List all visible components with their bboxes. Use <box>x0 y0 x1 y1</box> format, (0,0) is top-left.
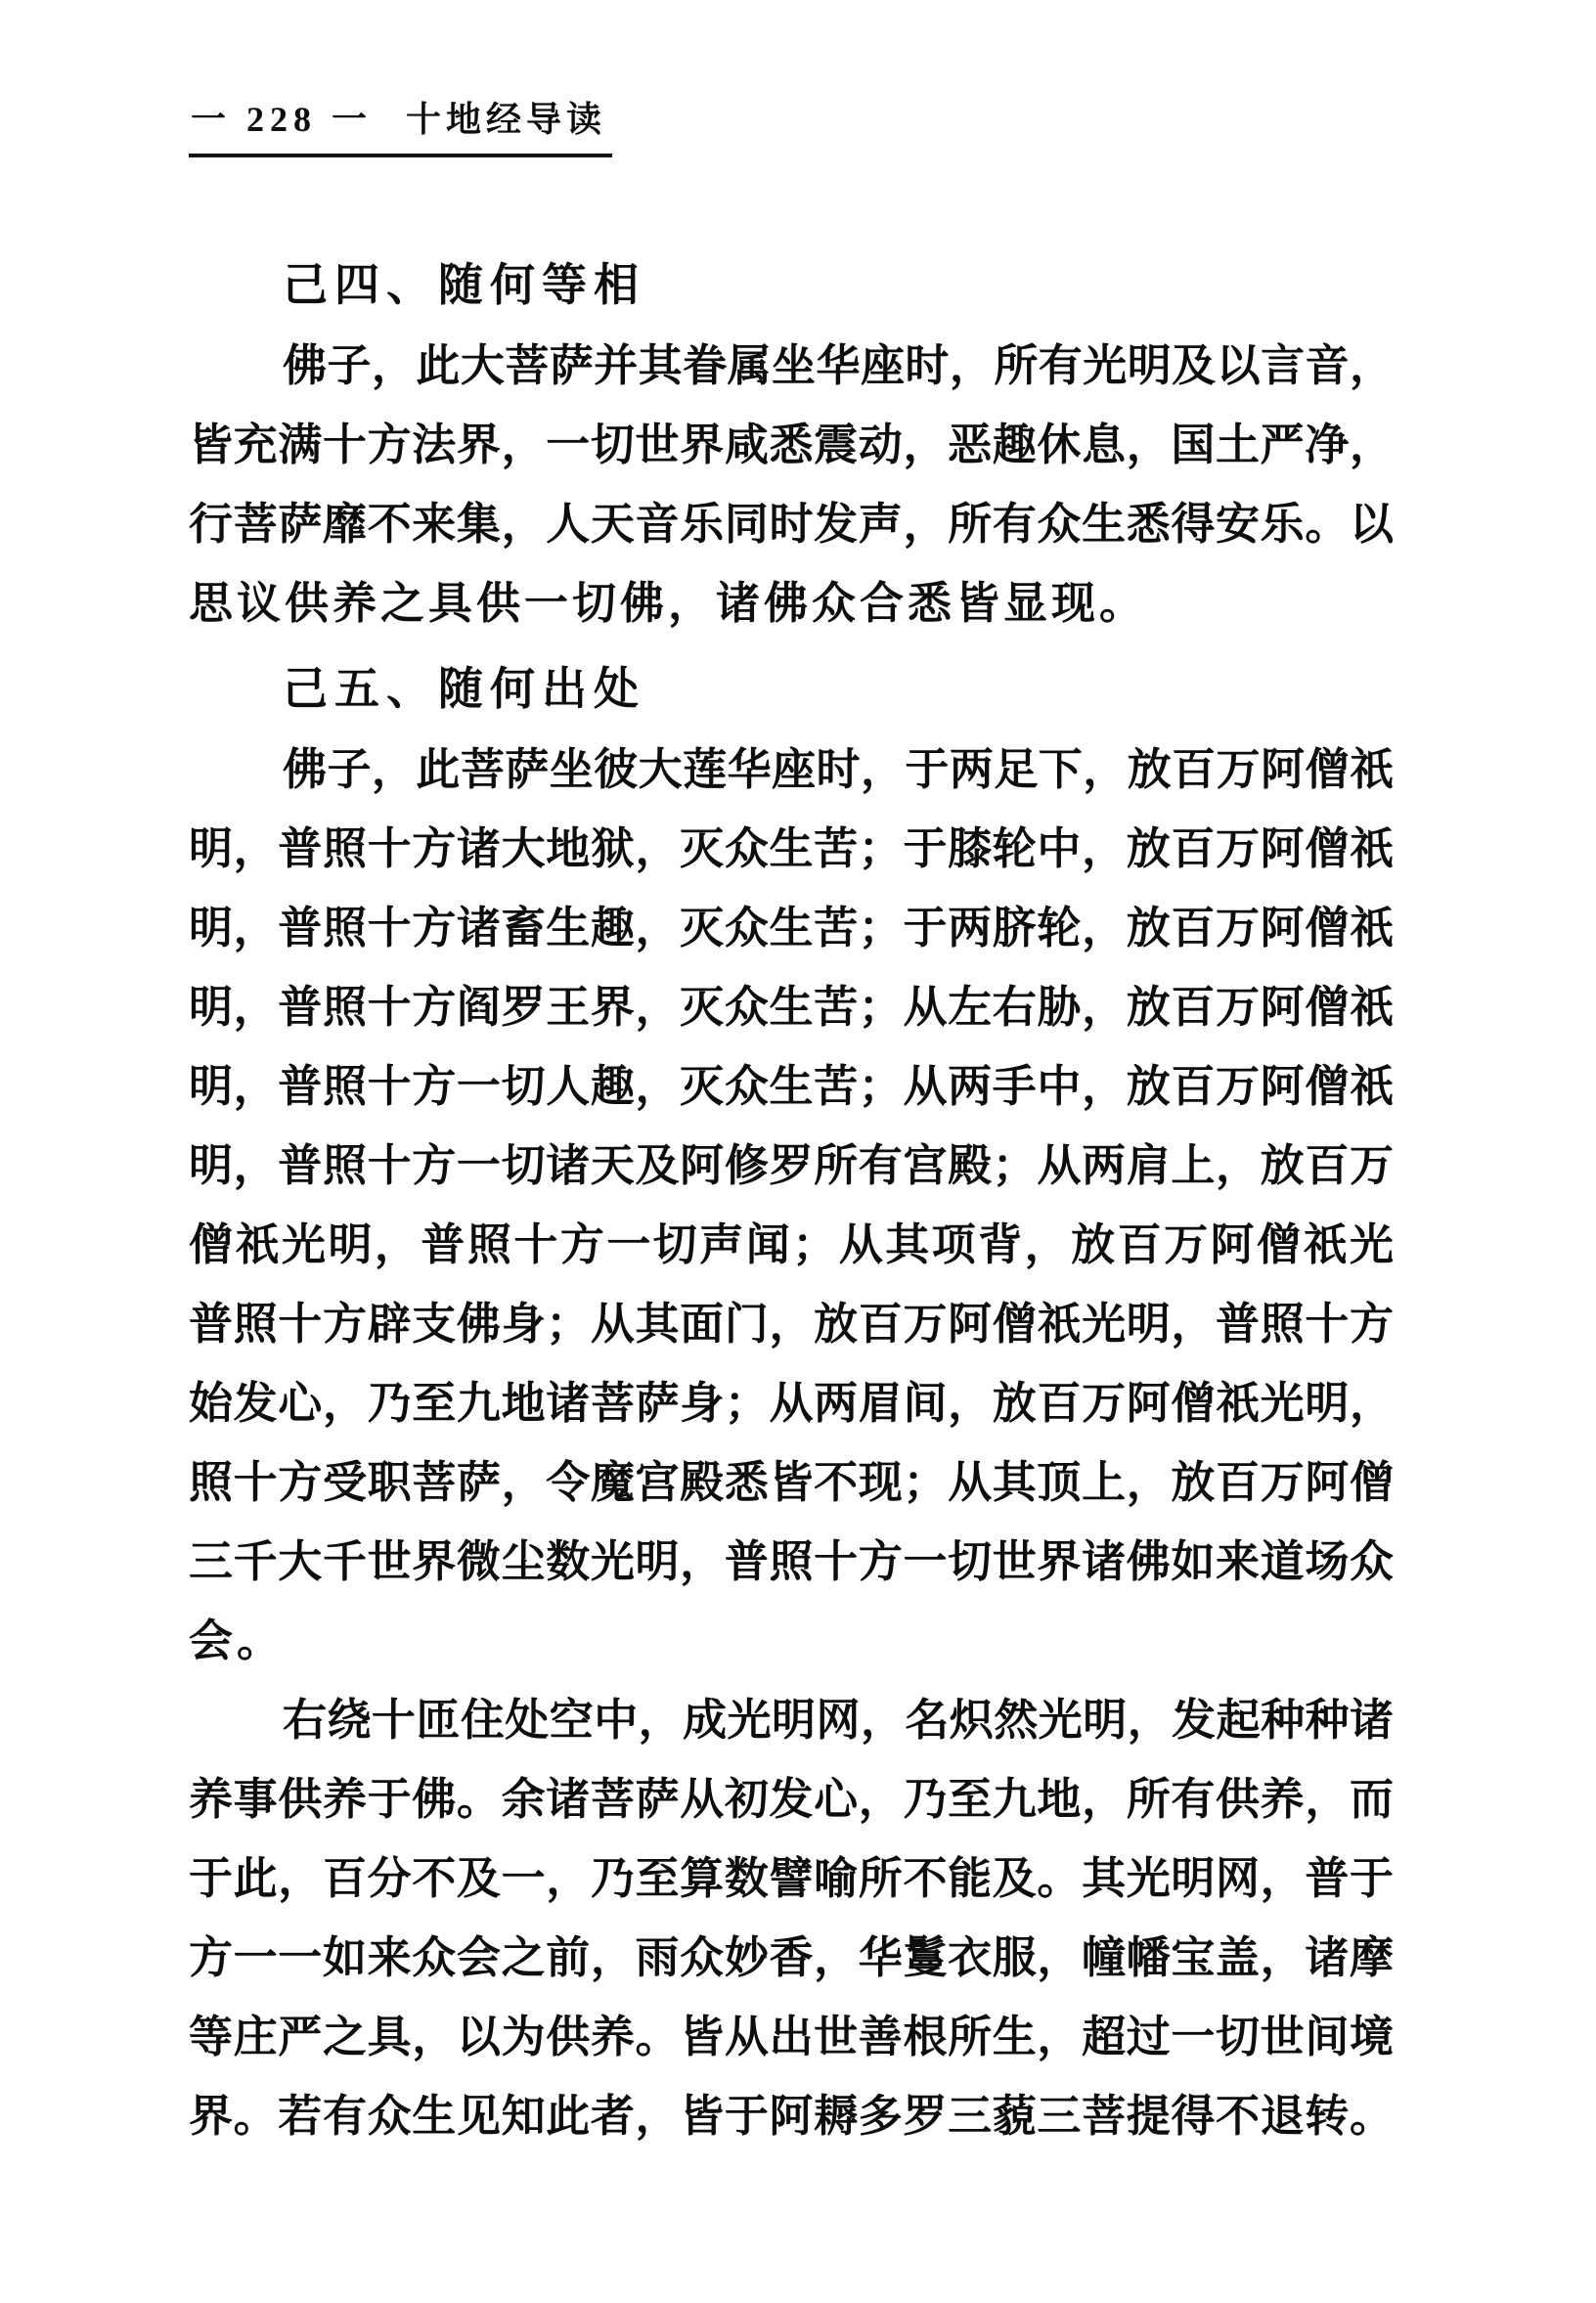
text-line: 等庄严之具，以为供养。皆从出世善根所生，超过一切世间境 <box>189 1997 1394 2076</box>
page-number: 一 228 一 <box>191 100 373 139</box>
text-line: 方一一如来众会之前，雨众妙香，华鬘衣服，幢幡宝盖，诸摩尼 <box>189 1918 1394 1997</box>
text-line: 始发心，乃至九地诸菩萨身；从两眉间，放百万阿僧祇光明，普 <box>189 1363 1394 1442</box>
text-line: 佛子，此大菩萨并其眷属坐华座时，所有光明及以言音，普 <box>189 326 1394 405</box>
text-line: 右绕十匝住处空中，成光明网，名炽然光明，发起种种诸供 <box>189 1680 1394 1759</box>
paragraph: 佛子，此大菩萨并其眷属坐华座时，所有光明及以言音，普皆充满十方法界，一切世界咸悉… <box>189 326 1394 642</box>
paragraph: 右绕十匝住处空中，成光明网，名炽然光明，发起种种诸供养事供养于佛。余诸菩萨从初发… <box>189 1680 1394 2155</box>
text-line: 普照十方辟支佛身；从其面门，放百万阿僧祇光明，普照十方初 <box>189 1284 1394 1363</box>
book-page: 一 228 一十地经导读 己四、随何等相佛子，此大菩萨并其眷属坐华座时，所有光明… <box>0 0 1596 2303</box>
text-line: 皆充满十方法界，一切世界咸悉震动，恶趣休息，国土严净，同 <box>189 405 1394 484</box>
book-title: 十地经导读 <box>406 99 606 139</box>
page-header: 一 228 一十地经导读 <box>189 92 612 157</box>
text-line: 明，普照十方诸大地狱，灭众生苦；于膝轮中，放百万阿僧祇光 <box>189 809 1394 888</box>
text-line: 养事供养于佛。余诸菩萨从初发心，乃至九地，所有供养，而比 <box>189 1759 1394 1838</box>
text-line: 界。若有众生见知此者，皆于阿耨多罗三藐三菩提得不退转。佛 <box>189 2076 1394 2155</box>
text-line: 三千大千世界微尘数光明，普照十方一切世界诸佛如来道场众 <box>189 1522 1394 1601</box>
text-line: 明，普照十方一切诸天及阿修罗所有宫殿；从两肩上，放百万阿 <box>189 1126 1394 1205</box>
text-line: 明，普照十方诸畜生趣，灭众生苦；于两脐轮，放百万阿僧祇光 <box>189 888 1394 967</box>
section-heading: 己五、随何出处 <box>189 648 1394 730</box>
text-line: 僧祇光明，普照十方一切声闻；从其项背，放百万阿僧祇光明， <box>189 1205 1394 1284</box>
paragraph: 佛子，此菩萨坐彼大莲华座时，于两足下，放百万阿僧祇光明，普照十方诸大地狱，灭众生… <box>189 730 1394 1680</box>
text-line: 明，普照十方一切人趣，灭众生苦；从两手中，放百万阿僧祇光 <box>189 1046 1394 1126</box>
text-line: 佛子，此菩萨坐彼大莲华座时，于两足下，放百万阿僧祇光 <box>189 730 1394 809</box>
text-line: 照十方受职菩萨，令魔宫殿悉皆不现；从其顶上，放百万阿僧祇 <box>189 1442 1394 1522</box>
text-line: 行菩萨靡不来集，人天音乐同时发声，所有众生悉得安乐。以不 <box>189 484 1394 563</box>
text-line: 会。 <box>189 1601 1394 1680</box>
text-line: 明，普照十方阎罗王界，灭众生苦；从左右胁，放百万阿僧祇光 <box>189 967 1394 1046</box>
page-content: 己四、随何等相佛子，此大菩萨并其眷属坐华座时，所有光明及以言音，普皆充满十方法界… <box>189 244 1394 2155</box>
text-line: 于此，百分不及一，乃至算数譬喻所不能及。其光明网，普于十 <box>189 1838 1394 1918</box>
text-line: 思议供养之具供一切佛，诸佛众合悉皆显现。 <box>189 563 1394 642</box>
section-heading: 己四、随何等相 <box>189 244 1394 326</box>
